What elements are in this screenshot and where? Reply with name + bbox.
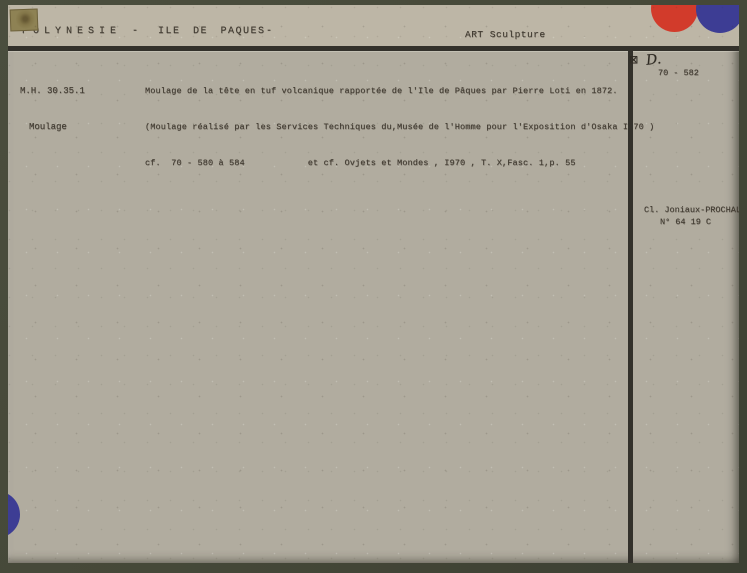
- catalog-card: POLYNESIE - ILE DE PAQUES - ART Sculptur…: [8, 5, 739, 563]
- description-block: Moulage de la tête en tuf volcanique rap…: [145, 61, 654, 193]
- description-line: Moulage de la tête en tuf volcanique rap…: [145, 85, 654, 97]
- negative-number: 70 - 582: [658, 68, 699, 78]
- header-separator-1: -: [132, 26, 138, 37]
- description-line: cf. 70 - 580 à 584 et cf. Ovjets et Mond…: [145, 157, 654, 169]
- header-strip: POLYNESIE - ILE DE PAQUES - ART Sculptur…: [8, 5, 739, 46]
- header-category-label: ART Sculpture: [465, 29, 546, 40]
- header-location-label: ILE DE PAQUES: [158, 26, 266, 37]
- object-type-label: Moulage: [20, 121, 85, 133]
- reference-block: M.H. 30.35.1 Moulage: [20, 61, 85, 157]
- header-separator-2: -: [266, 26, 272, 37]
- column-divider-line: [628, 50, 633, 563]
- stamp-mark: [10, 9, 39, 32]
- edge-blue-dot-sticker: [8, 491, 20, 538]
- handwritten-letter-mark: D.: [645, 51, 662, 68]
- photo-credit: Cl. Joniaux-PROCHAL: [644, 205, 739, 215]
- photo-number: N° 64 19 C: [660, 217, 711, 227]
- inventory-number: M.H. 30.35.1: [20, 85, 85, 97]
- description-line: (Moulage réalisé par les Services Techni…: [145, 121, 654, 133]
- checked-box-mark-icon: ⊠: [629, 53, 638, 66]
